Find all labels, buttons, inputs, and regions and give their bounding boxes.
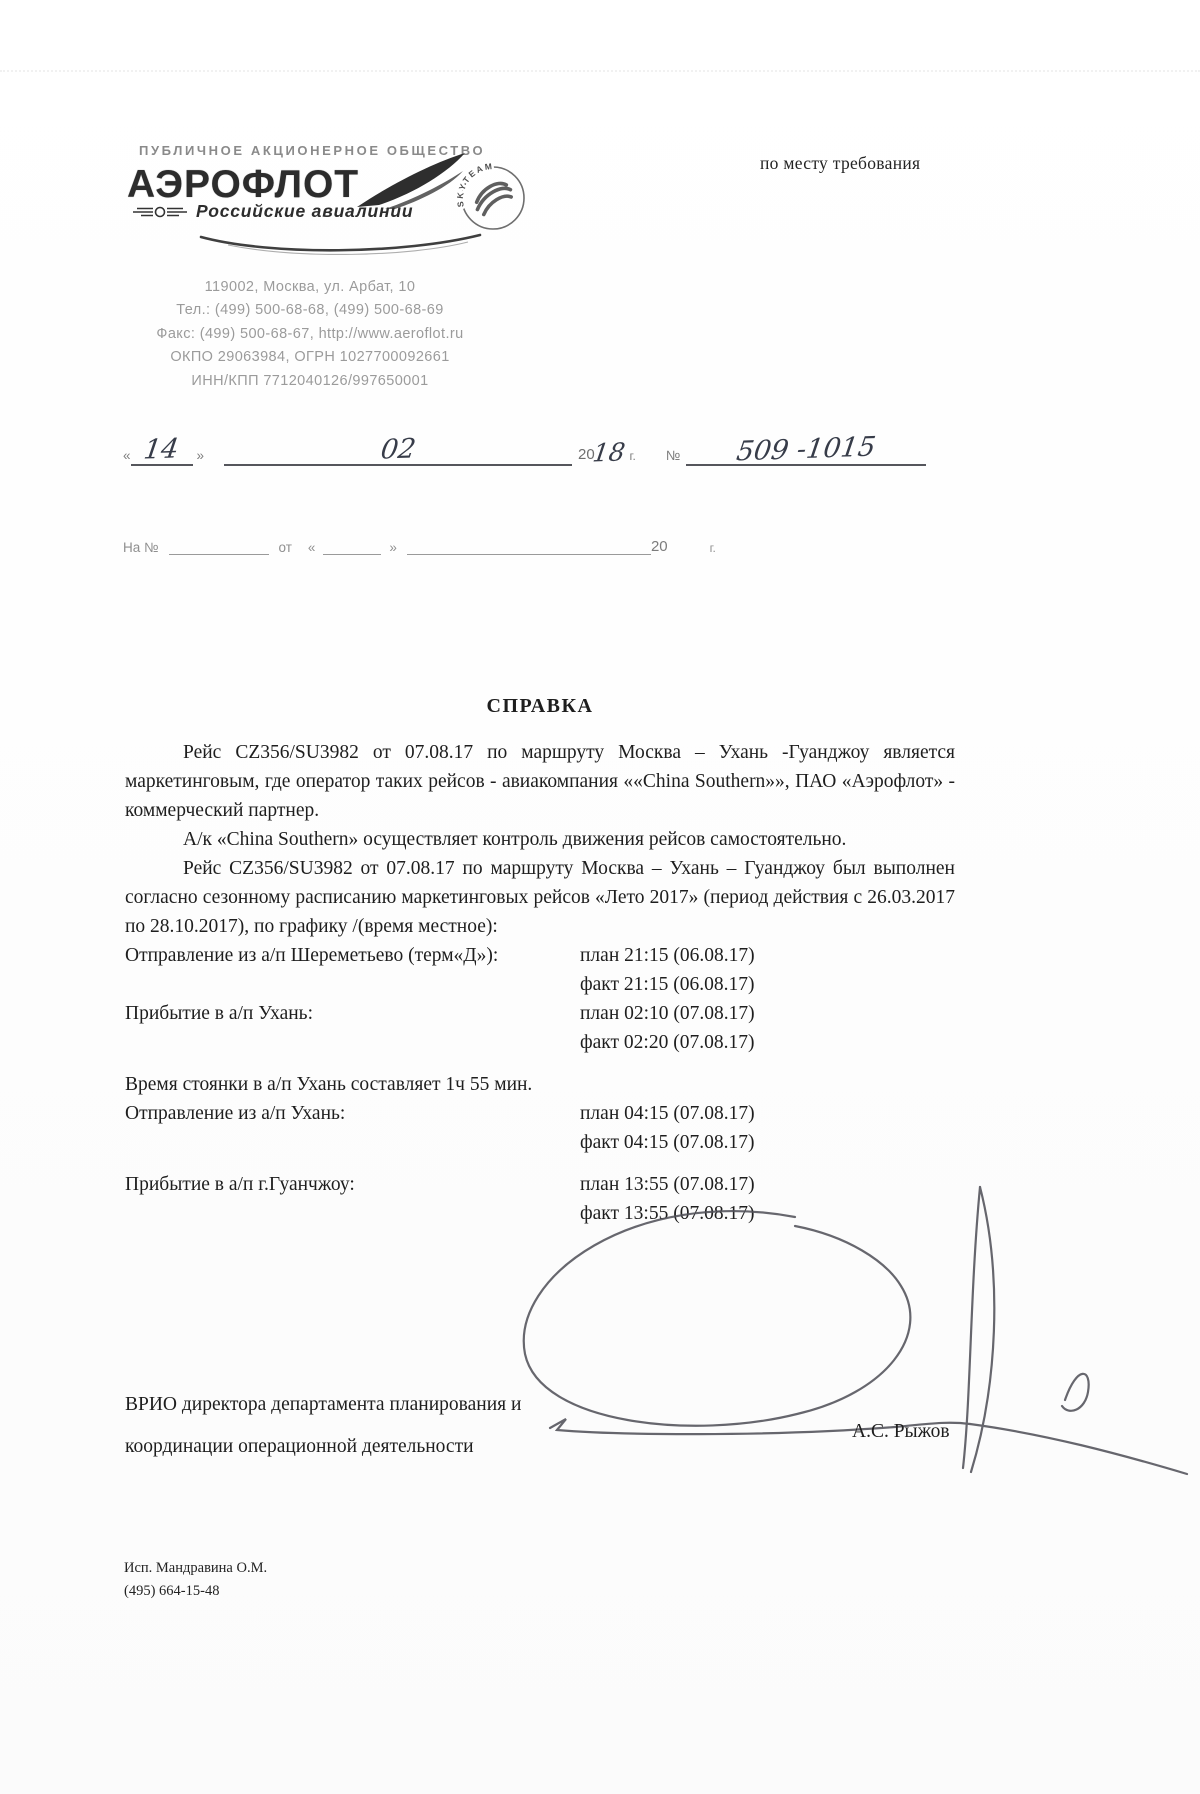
reply-year-print: 20 <box>651 538 668 555</box>
schedule-label <box>125 970 580 999</box>
month-field: 02 <box>224 436 572 466</box>
address-line: 119002, Москва, ул. Арбат, 10 <box>118 276 502 299</box>
scanned-letter-page: ПУБЛИЧНОЕ АКЦИОНЕРНОЕ ОБЩЕСТВО АЭРОФЛОТ … <box>0 0 1200 1794</box>
handwritten-day: 14 <box>142 435 181 464</box>
blank-field <box>323 538 381 555</box>
quote-close: » <box>197 448 205 466</box>
letterhead-address-block: 119002, Москва, ул. Арбат, 10 Тел.: (499… <box>118 276 502 393</box>
schedule-row: факт 04:15 (07.08.17) <box>125 1128 955 1157</box>
handwritten-year: 18 <box>591 439 627 466</box>
schedule-value: факт 21:15 (06.08.17) <box>580 970 955 999</box>
schedule-row: факт 13:55 (07.08.17) <box>125 1199 955 1228</box>
letter-body: СПРАВКА Рейс CZ356/SU3982 от 07.08.17 по… <box>125 692 955 1228</box>
executor-phone: (495) 664-15-48 <box>124 1580 267 1603</box>
schedule-value: факт 13:55 (07.08.17) <box>580 1199 955 1228</box>
schedule-label: Отправление из а/п Шереметьево (терм«Д»)… <box>125 941 580 970</box>
year-suffix: г. <box>630 449 636 466</box>
schedule-row: факт 21:15 (06.08.17) <box>125 970 955 999</box>
scan-artifact-line <box>0 70 1200 72</box>
paragraph-2: А/к «China Southern» осуществляет контро… <box>125 825 955 854</box>
schedule-label: Прибытие в а/п Ухань: <box>125 999 580 1028</box>
schedule-value: план 04:15 (07.08.17) <box>580 1099 955 1128</box>
skyteam-logo: SKYTEAM <box>455 158 531 234</box>
day-field: 14 <box>131 436 193 466</box>
schedule-label: Прибытие в а/п г.Гуанчжоу: <box>125 1170 580 1199</box>
schedule-value: план 13:55 (07.08.17) <box>580 1170 955 1199</box>
okpo-ogrn-line: ОКПО 29063984, ОГРН 1027700092661 <box>118 346 502 369</box>
brand-subtitle: Российские авиалинии <box>196 201 413 222</box>
paragraph-1: Рейс CZ356/SU3982 от 07.08.17 по маршрут… <box>125 738 955 825</box>
schedule-row: Отправление из а/п Шереметьево (терм«Д»)… <box>125 941 955 970</box>
logo-subtitle-row: Российские авиалинии <box>131 201 413 222</box>
schedule-value: факт 04:15 (07.08.17) <box>580 1128 955 1157</box>
document-title: СПРАВКА <box>125 692 955 721</box>
reply-year-suffix: г. <box>710 541 716 555</box>
reply-reference-line: На № от « » 20 г. <box>123 538 923 555</box>
handwritten-month: 02 <box>379 435 418 464</box>
fax-site-line: Факс: (499) 500-68-67, http://www.aerofl… <box>118 323 502 346</box>
paragraph-3: Рейс CZ356/SU3982 от 07.08.17 по маршрут… <box>125 854 955 941</box>
handwritten-number: 509 -1015 <box>735 434 878 467</box>
number-field: 509 -1015 <box>686 436 926 466</box>
schedule-value: план 21:15 (06.08.17) <box>580 941 955 970</box>
schedule-value: план 02:10 (07.08.17) <box>580 999 955 1028</box>
schedule-label: Время стоянки в а/п Ухань составляет 1ч … <box>125 1070 532 1099</box>
schedule-row: Время стоянки в а/п Ухань составляет 1ч … <box>125 1070 955 1099</box>
schedule-label <box>125 1128 580 1157</box>
schedule-label <box>125 1028 580 1057</box>
winged-emblem-icon <box>131 203 189 221</box>
signoff-line-2: координации операционной деятельности <box>125 1426 521 1468</box>
schedule-row: факт 02:20 (07.08.17) <box>125 1028 955 1057</box>
signatory-name: А.С. Рыжов <box>852 1421 950 1443</box>
underline-swoosh <box>198 231 484 259</box>
schedule-row: Прибытие в а/п Ухань: план 02:10 (07.08.… <box>125 999 955 1028</box>
date-number-line: « 14 » 02 20 18 г. № 509 -1015 <box>123 414 1003 466</box>
schedule-label <box>125 1199 580 1228</box>
executor-name: Исп. Мандравина О.М. <box>124 1557 267 1580</box>
reply-quote-open: « <box>308 540 316 555</box>
number-sign: № <box>666 448 680 466</box>
blank-field <box>407 538 651 555</box>
inn-kpp-line: ИНН/КПП 7712040126/997650001 <box>118 370 502 393</box>
schedule-row: Прибытие в а/п г.Гуанчжоу: план 13:55 (0… <box>125 1170 955 1199</box>
reply-ot-label: от <box>279 540 292 555</box>
reply-na-label: На № <box>123 540 159 555</box>
quote-open: « <box>123 448 131 466</box>
signoff-line-1: ВРИО директора департамента планирования… <box>125 1384 521 1426</box>
schedule-label: Отправление из а/п Ухань: <box>125 1099 580 1128</box>
phone-line: Тел.: (499) 500-68-68, (499) 500-68-69 <box>118 299 502 322</box>
svg-text:SKYTEAM: SKYTEAM <box>455 161 494 208</box>
schedule-row: Отправление из а/п Ухань: план 04:15 (07… <box>125 1099 955 1128</box>
schedule-value: факт 02:20 (07.08.17) <box>580 1028 955 1057</box>
reply-quote-close: » <box>389 540 397 555</box>
signoff-position: ВРИО директора департамента планирования… <box>125 1384 521 1468</box>
blank-field <box>169 538 269 555</box>
executor-block: Исп. Мандравина О.М. (495) 664-15-48 <box>124 1557 267 1603</box>
addressee-note: по месту требования <box>760 153 920 174</box>
